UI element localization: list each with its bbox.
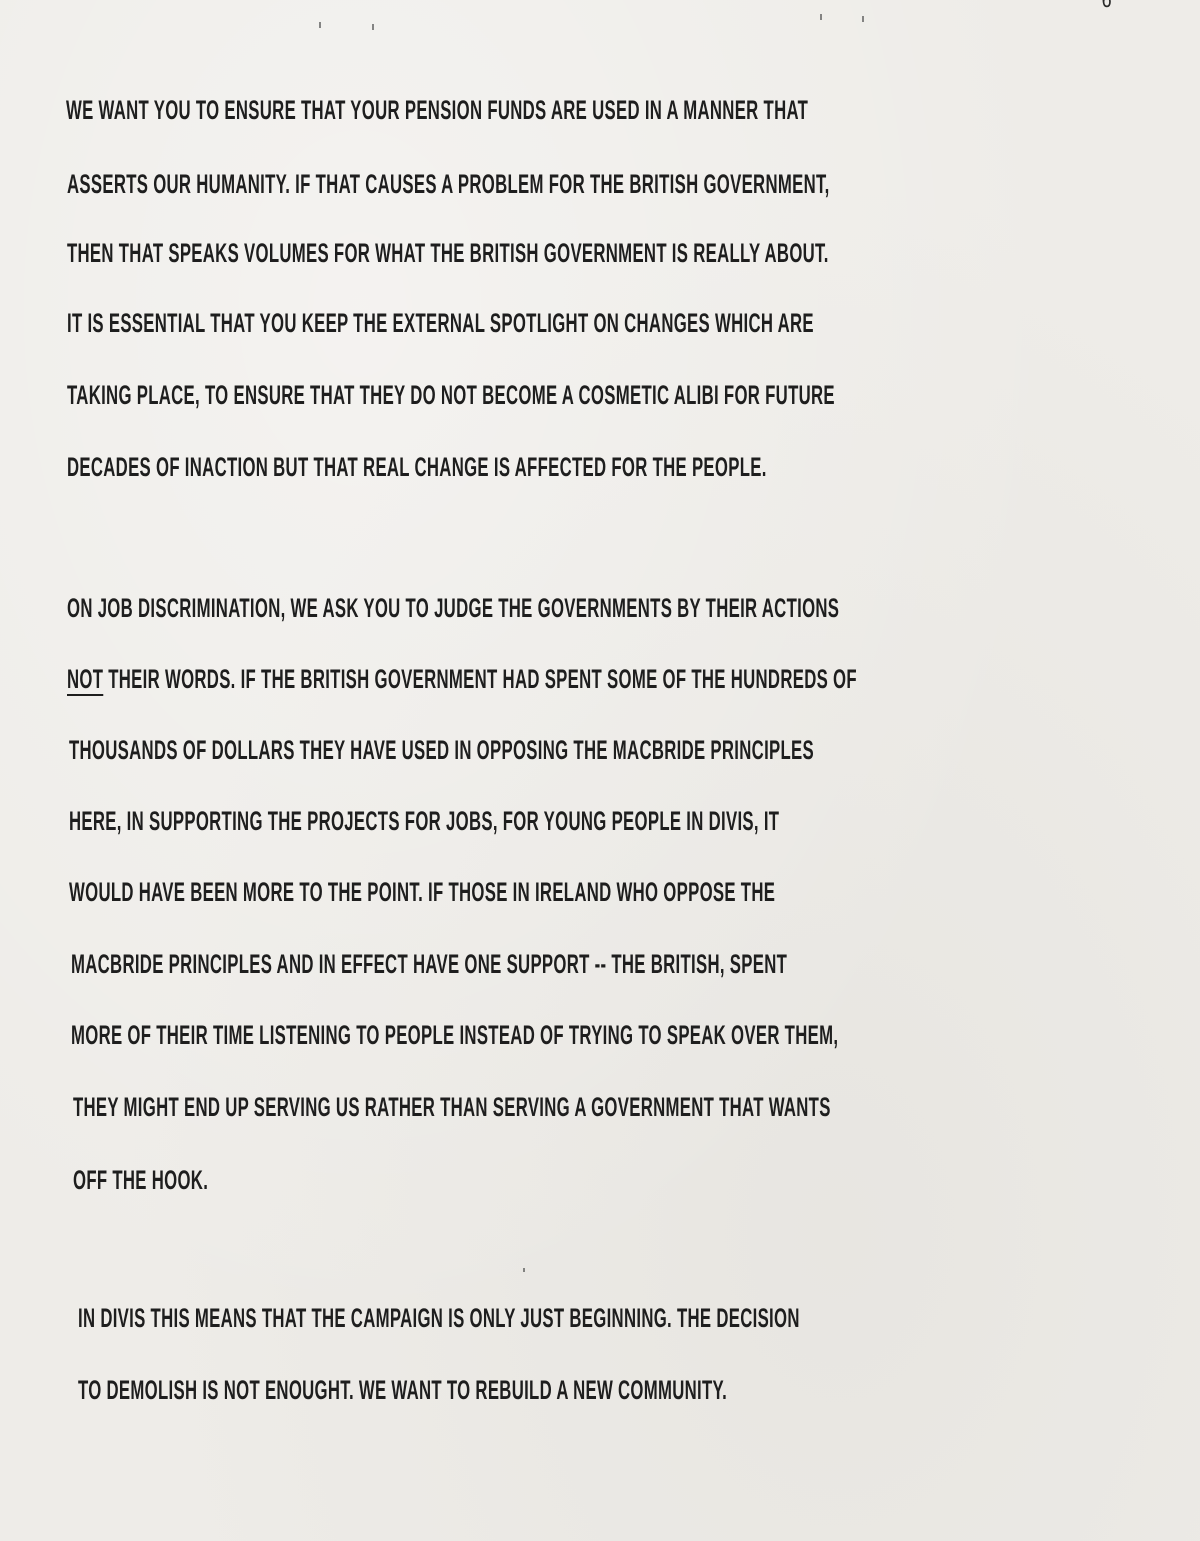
text-line: IT IS ESSENTIAL THAT YOU KEEP THE EXTERN… bbox=[67, 308, 814, 338]
text-line-with-emphasis: NOT THEIR WORDS. IF THE BRITISH GOVERNME… bbox=[67, 664, 857, 694]
paper-speck bbox=[862, 16, 864, 22]
text-line: TAKING PLACE, TO ENSURE THAT THEY DO NOT… bbox=[67, 380, 835, 410]
text-line: ON JOB DISCRIMINATION, WE ASK YOU TO JUD… bbox=[67, 593, 839, 623]
text-line: OFF THE HOOK. bbox=[73, 1165, 208, 1195]
text-line: MORE OF THEIR TIME LISTENING TO PEOPLE I… bbox=[71, 1020, 838, 1050]
text-line: WE WANT YOU TO ENSURE THAT YOUR PENSION … bbox=[66, 95, 808, 125]
text-line: TO DEMOLISH IS NOT ENOUGHT. WE WANT TO R… bbox=[78, 1375, 727, 1405]
paper-speck bbox=[319, 22, 321, 28]
text-line: MACBRIDE PRINCIPLES AND IN EFFECT HAVE O… bbox=[71, 949, 787, 979]
paper-speck bbox=[372, 24, 374, 30]
paper-speck bbox=[523, 1268, 525, 1272]
text-line: WOULD HAVE BEEN MORE TO THE POINT. IF TH… bbox=[69, 877, 775, 907]
text-line-rest: THEIR WORDS. IF THE BRITISH GOVERNMENT H… bbox=[103, 664, 857, 694]
paper-speck bbox=[820, 14, 822, 20]
emphasized-word: NOT bbox=[67, 664, 103, 694]
document-page: 6 WE WANT YOU TO ENSURE THAT YOUR PENSIO… bbox=[0, 0, 1200, 1541]
text-line: DECADES OF INACTION BUT THAT REAL CHANGE… bbox=[67, 452, 767, 482]
text-line: HERE, IN SUPPORTING THE PROJECTS FOR JOB… bbox=[69, 806, 779, 836]
text-line: THEY MIGHT END UP SERVING US RATHER THAN… bbox=[73, 1092, 831, 1122]
text-line: THOUSANDS OF DOLLARS THEY HAVE USED IN O… bbox=[69, 735, 814, 765]
page-number: 6 bbox=[1101, 0, 1112, 13]
text-line: ASSERTS OUR HUMANITY. IF THAT CAUSES A P… bbox=[67, 169, 830, 199]
text-line: THEN THAT SPEAKS VOLUMES FOR WHAT THE BR… bbox=[67, 238, 829, 268]
text-line: IN DIVIS THIS MEANS THAT THE CAMPAIGN IS… bbox=[78, 1303, 800, 1333]
